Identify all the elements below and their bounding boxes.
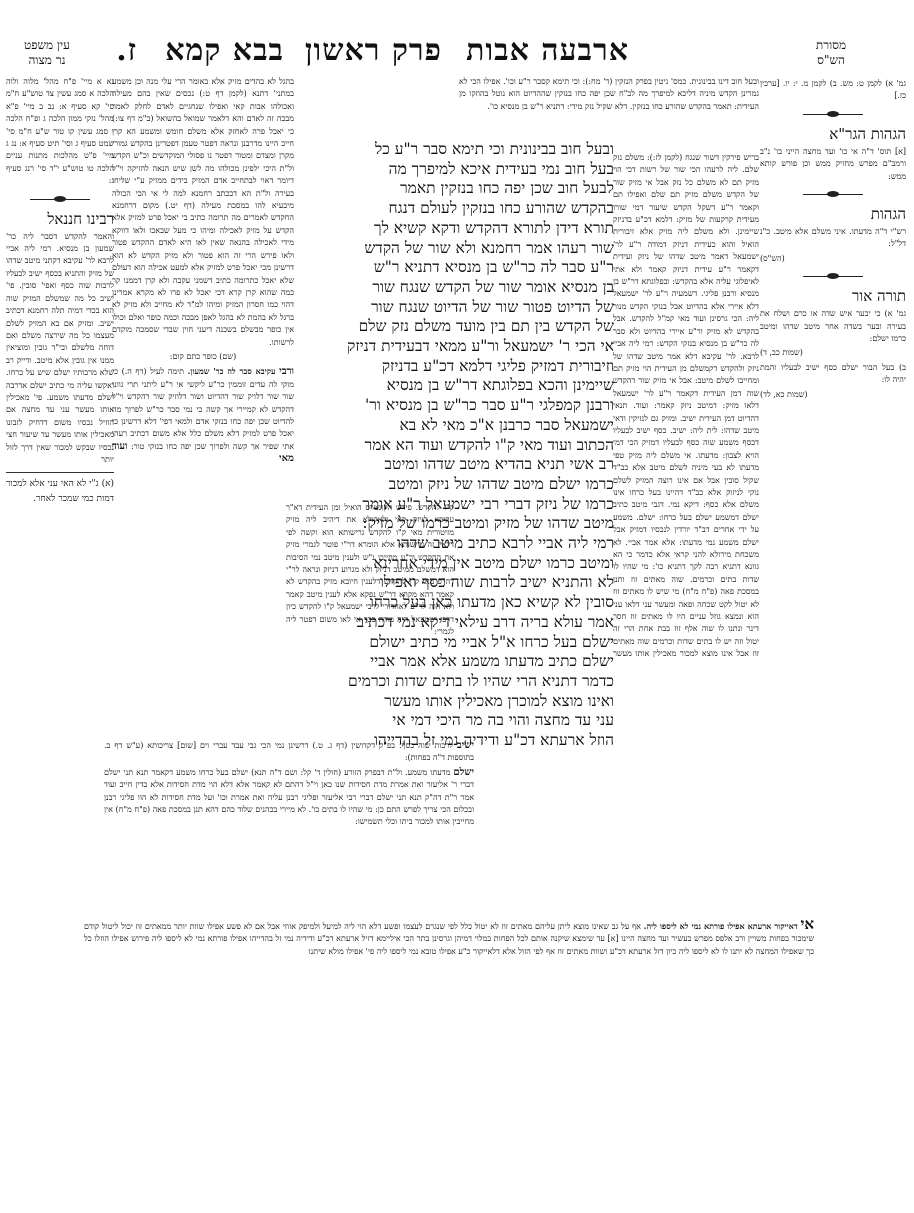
ornament-divider (30, 194, 90, 204)
commentary-source: (שם) כופר כתם קום: (112, 351, 294, 363)
gemara-line: וזיבורית דמזיק פליגי דלמא דכ"ע בדניזק (284, 357, 614, 377)
gemara-line: בעל חוב נמי בעידית איכא למיפרך מה (284, 160, 614, 180)
page-header: מסורת הש"ס ארבעה אבות פרק ראשון בבא קמא … (0, 34, 914, 74)
commentary-text: לרבות שוה כסף. בפ"ק דקדושין (דף ג. ט.) ד… (104, 741, 474, 762)
tosafot-column: בריש פירקין דשור שנגח (לקמן לז:): משלם נ… (613, 152, 759, 662)
gemara-line: תורא דידן לתורא דהקדש ודקא קשיא לך (284, 219, 614, 239)
commentary-text: בהגל לא בהדים מזיק אלא באומר הרי עלי מנה… (112, 76, 294, 349)
hagahot-source: (הש"ס) (760, 253, 906, 265)
right-margin-column: גמ' א) לקמן ט: מש. ב) לקמן מ. י: יו. [ער… (760, 78, 906, 698)
hagahot-text: רש"י ד"ה מדעתו. איני משלם אלא מיטב. כ"נ … (760, 226, 906, 251)
ornament-divider (803, 109, 863, 119)
gemara-line: של הקדש בין תם בין מועד משלם נזק שלם (284, 317, 614, 337)
gemara-line: שיימינן והכא בפלוגתא דר"ש בן מנסיא (284, 376, 614, 396)
chapter-name-title: ארבעה אבות (466, 34, 629, 68)
ornament-divider (803, 271, 863, 281)
dibbur-hamatchil: ורבי (279, 366, 294, 377)
commentary-left-column: בהגל לא בהדים מזיק אלא באומר הרי עלי מנה… (112, 76, 294, 506)
torah-or-verse-1: גמ' א) כי יבער איש שדה או כרם ושלח את בע… (760, 308, 906, 345)
gemara-line: בהקדש שהורע כחו בנזקין לעולם דנגח (284, 199, 614, 219)
dibbur-bold: עקיבא סבר לה כר' שמעון. (188, 366, 276, 376)
hagahot-title: הגהות (760, 205, 906, 223)
folio-number: ז. (116, 34, 137, 68)
commentary-left-continuation: ק"ו להקדש. פירש הקונטרס הואיל ומן העידית… (286, 502, 454, 738)
torah-or-source-1: (שמות כב, ד) (760, 347, 906, 359)
gemara-line: שור רעהו אמר רחמנא ולא שור של הקדש (284, 239, 614, 259)
dibbur-hamatchil: ישיב (457, 740, 474, 751)
masoret-hashas-text: גמ' א) לקמן ט: מש. ב) לקמן מ. י: יו. [ער… (760, 78, 906, 103)
chapter-title: פרק ראשון (305, 34, 442, 68)
gemara-line: הכתוב ועוד מאי ק"ו להקדש ועוד הא אמר (284, 436, 614, 456)
gemara-line: כרמו ישלם מיטב שדהו של ניזק ומיטב (284, 475, 614, 495)
hagahot-gra-text: [א] תוס' ד"ה אי כו' ועד מחצה הייני בו' נ… (760, 146, 906, 183)
dibbur-hamatchil: ישלם (453, 767, 474, 778)
commentary-lower-left: ישיב לרבות שוה כסף. בפ"ק דקדושין (דף ג. … (104, 740, 474, 920)
commentary-text: מדעתו משמע. ול"ת דבפרק הזורע (חולין ד' ק… (104, 768, 474, 827)
ein-mishpat-heading: עין משפט נר מצוה (2, 38, 92, 68)
ornament-divider (803, 189, 863, 199)
hagahot-gra-title: הגהות הגר"א (760, 125, 906, 143)
commentary-text: תימה לעיל (דף ה.) כי מוקי לה עדים זוממין… (112, 367, 294, 450)
torah-or-source-2: (שמות כא, לד) (760, 389, 906, 401)
tractate-title: בבא קמא (165, 34, 284, 68)
gemara-line: לבעל חוב שכן יפה כחו בנזקין תאמר (284, 179, 614, 199)
gemara-line: ישמעאל סבר כרבנן א"כ מאי לא בא (284, 416, 614, 436)
commentary-bottom: אי דאייקור ארעתא אפילו פורתא נמי לא ליספ… (84, 918, 814, 1038)
left-margin-column: נא א מיי' פ"ח מהל' מלוה ולוה הלכה א סמג … (6, 76, 114, 566)
dibbur-bold: דאייקור ארעתא אפילו פורתא נמי לא ליספו ל… (644, 921, 798, 931)
rabbeinu-chananel-text: והאמר להקדש דסבר ליה כר' שמעון בן מנסיא.… (6, 231, 114, 467)
gemara-line: ורבנן קמפלגי ר"ע סבר כר"ש בן מנסיא ור' (284, 396, 614, 416)
torah-or-verse-2: ב) בעל הבור ישלם כסף ישיב לבעליו והמת יה… (760, 362, 906, 387)
talmud-page: מסורת הש"ס ארבעה אבות פרק ראשון בבא קמא … (0, 0, 914, 1213)
gemara-line: רב אשי תניא בהדיא מיטב שדהו ומיטב (284, 455, 614, 475)
rabbeinu-chananel-title: רבינו חננאל (6, 210, 114, 228)
footnote: (א) ג"י לא האי עני אלא למכור דמות כמי שמ… (6, 472, 114, 507)
masoret-hashas-heading: מסורת הש"ס (796, 38, 866, 68)
dibbur-hamatchil: אי (800, 918, 814, 933)
gemara-line: ר"ע סבר לה כר"ש בן מנסיא דתניא ר"ש (284, 258, 614, 278)
ein-mishpat-text: נא א מיי' פ"ח מהל' מלוה ולוה הלכה א סמג … (6, 76, 114, 188)
gemara-line: בן מנסיא אומר שור של הקדש שנגח שור (284, 278, 614, 298)
gemara-line: ובעל חוב בבינונית וכי תימא סבר ר"ע כל (284, 140, 614, 160)
gemara-line: של הדיוט פטור שור של הדיוט שנגח שור (284, 298, 614, 318)
torah-or-title: תורה אור (760, 287, 906, 305)
gemara-line: אי הכי ר' ישמעאל ור"ע ממאי דבעידית דניזק (284, 337, 614, 357)
